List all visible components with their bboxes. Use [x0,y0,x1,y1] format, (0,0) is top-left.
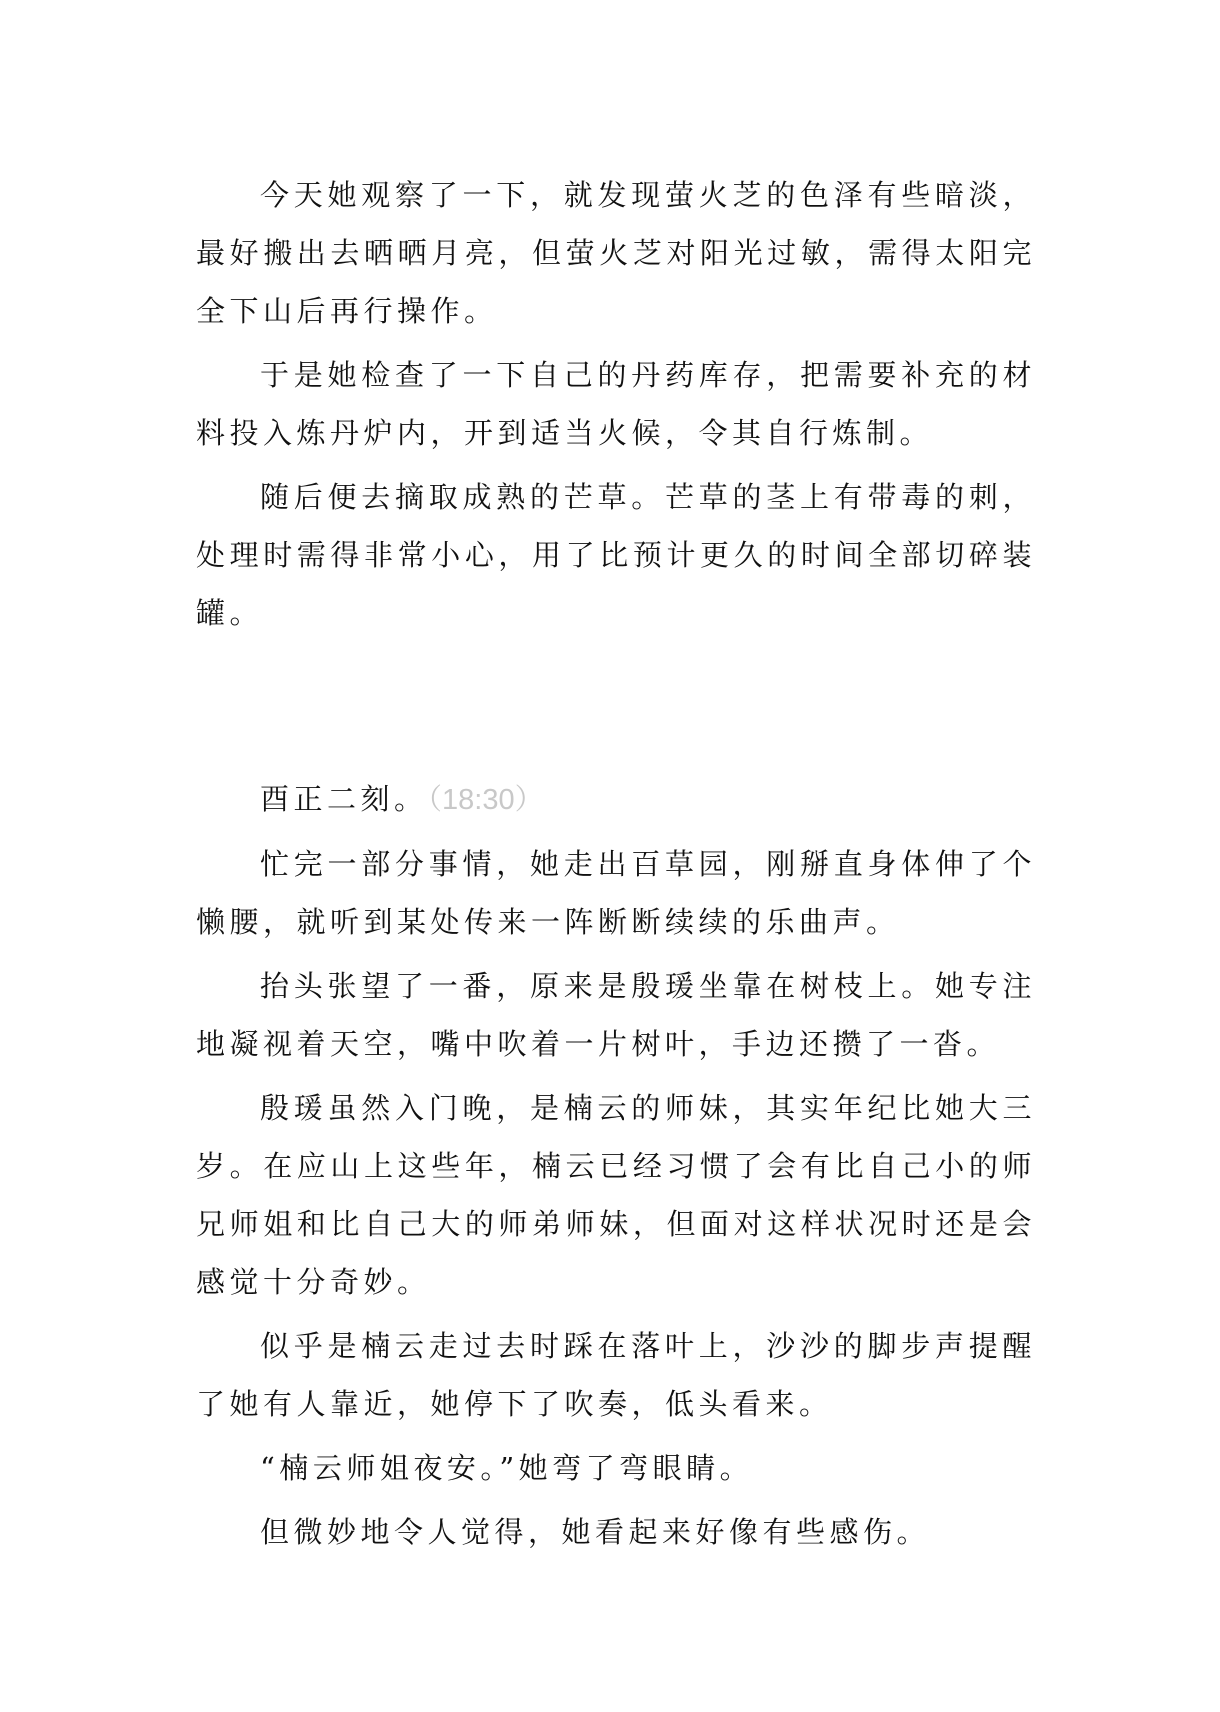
document-page: 今天她观察了一下，就发现萤火芝的色泽有些暗淡，最好搬出去晒晒月亮，但萤火芝对阳光… [196,166,1036,1567]
time-heading: 酉正二刻。 [260,782,428,816]
paragraph: 但微妙地令人觉得，她看起来好像有些感伤。 [196,1503,1036,1561]
dialogue-paragraph: “楠云师姐夜安。”她弯了弯眼睛。 [196,1439,1036,1497]
section-evening: 酉正二刻。（18:30） 忙完一部分事情，她走出百草园，刚掰直身体伸了个懒腰，就… [196,770,1036,1561]
paragraph: 于是她检查了一下自己的丹药库存，把需要补充的材料投入炼丹炉内，开到适当火候，令其… [196,346,1036,462]
time-heading-paragraph: 酉正二刻。（18:30） [196,770,1036,829]
section-morning-tasks: 今天她观察了一下，就发现萤火芝的色泽有些暗淡，最好搬出去晒晒月亮，但萤火芝对阳光… [196,166,1036,642]
paragraph: 似乎是楠云走过去时踩在落叶上，沙沙的脚步声提醒了她有人靠近，她停下了吹奏，低头看… [196,1317,1036,1433]
paragraph: 随后便去摘取成熟的芒草。芒草的茎上有带毒的刺，处理时需得非常小心，用了比预计更久… [196,468,1036,642]
time-note: （18:30） [428,784,544,816]
paragraph: 抬头张望了一番，原来是殷瑗坐靠在树枝上。她专注地凝视着天空，嘴中吹着一片树叶，手… [196,957,1036,1073]
paragraph: 殷瑗虽然入门晚，是楠云的师妹，其实年纪比她大三岁。在应山上这些年，楠云已经习惯了… [196,1079,1036,1311]
paragraph: 今天她观察了一下，就发现萤火芝的色泽有些暗淡，最好搬出去晒晒月亮，但萤火芝对阳光… [196,166,1036,340]
section-divider-space [196,648,1036,770]
paragraph: 忙完一部分事情，她走出百草园，刚掰直身体伸了个懒腰，就听到某处传来一阵断断续续的… [196,835,1036,951]
